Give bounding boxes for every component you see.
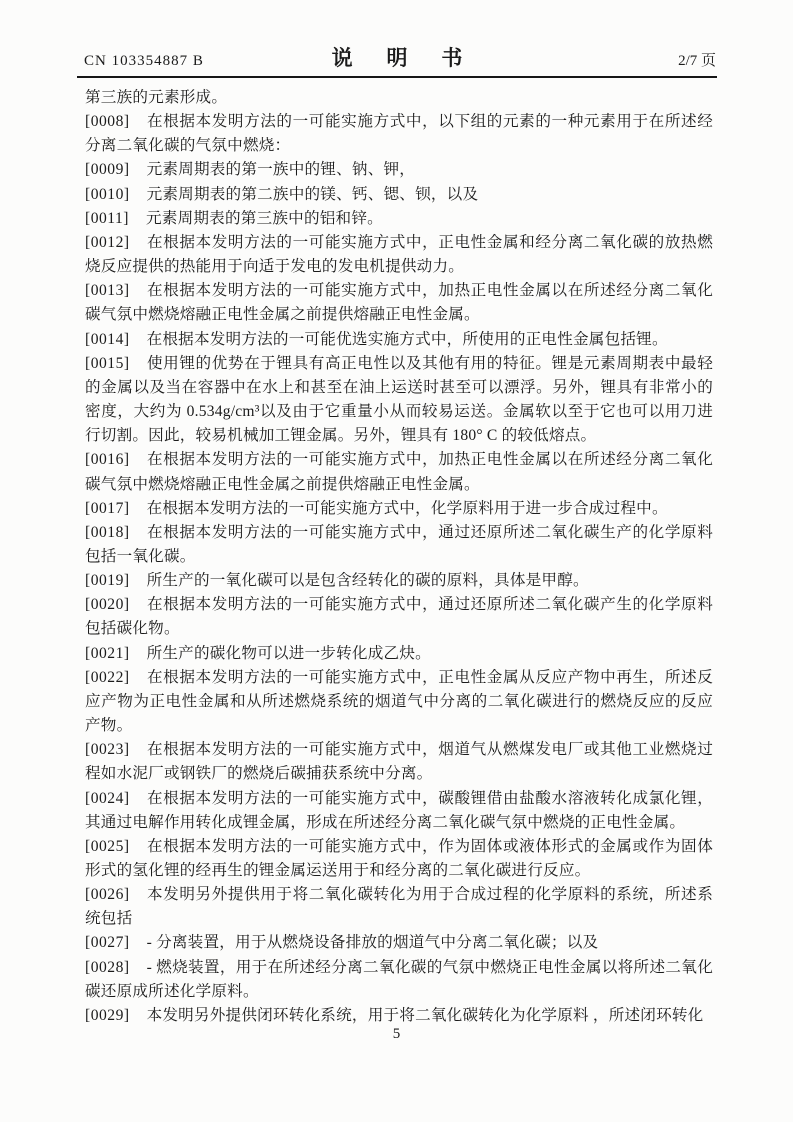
paragraph: [0013]在根据本发明方法的一可能实施方式中，加热正电性金属以在所述经分离二氧… — [85, 279, 713, 327]
paragraph-text: 元素周期表的第一族中的锂、钠、钾， — [147, 161, 416, 178]
paragraph: [0008]在根据本发明方法的一可能实施方式中，以下组的元素的一种元素用于在所述… — [85, 110, 713, 158]
paragraph-number: [0018] — [85, 521, 130, 545]
page-header: CN 103354887 B 说 明 书 2/7 页 — [78, 46, 716, 72]
continued-text-line: 第三族的元素形成。 — [85, 86, 713, 110]
paragraph-number: [0027] — [85, 931, 130, 955]
paragraph-text: 在根据本发明方法的一可能实施方式中，以下组的元素的一种元素用于在所述经分离二氧化… — [85, 113, 713, 154]
paragraph: [0020]在根据本发明方法的一可能实施方式中，通过还原所述二氧化碳产生的化学原… — [85, 593, 713, 641]
paragraph: [0017]在根据本发明方法的一可能实施方式中，化学原料用于进一步合成过程中。 — [85, 497, 713, 521]
paragraph: [0021]所生产的碳化物可以进一步转化成乙炔。 — [85, 642, 713, 666]
paragraph-number: [0028] — [85, 956, 130, 980]
paragraph-text: 在根据本发明方法的一可能实施方式中，烟道气从燃煤发电厂或其他工业燃烧过程如水泥厂… — [85, 741, 713, 782]
paragraph-number: [0020] — [85, 593, 130, 617]
paragraph-number: [0015] — [85, 352, 130, 376]
paragraph-number: [0021] — [85, 642, 130, 666]
paragraph-text: 元素周期表的第二族中的镁、钙、锶、钡，以及 — [147, 186, 479, 203]
paragraph-text: 在根据本发明方法的一可能实施方式中，作为固体或液体形式的金属或作为固体形式的氢化… — [85, 838, 713, 879]
header-divider — [77, 76, 717, 78]
paragraph-text: 在根据本发明方法的一可能实施方式中，加热正电性金属以在所述经分离二氧化碳气氛中燃… — [85, 451, 713, 492]
paragraph: [0011]元素周期表的第三族中的铝和锌。 — [85, 207, 713, 231]
patent-document-page: CN 103354887 B 说 明 书 2/7 页 第三族的元素形成。 [00… — [0, 0, 793, 1122]
document-body: 第三族的元素形成。 [0008]在根据本发明方法的一可能实施方式中，以下组的元素… — [85, 86, 713, 1028]
paragraph-number: [0022] — [85, 666, 130, 690]
paragraph: [0018]在根据本发明方法的一可能实施方式中，通过还原所述二氧化碳生产的化学原… — [85, 521, 713, 569]
paragraph-number: [0011] — [85, 207, 129, 231]
paragraph-number: [0016] — [85, 448, 130, 472]
page-indicator: 2/7 页 — [678, 49, 716, 70]
paragraph-text: 在根据本发明方法的一可能实施方式中，加热正电性金属以在所述经分离二氧化碳气氛中燃… — [85, 282, 713, 323]
patent-number: CN 103354887 B — [84, 53, 204, 70]
paragraph-text: 在根据本发明方法的一可能实施方式中，化学原料用于进一步合成过程中。 — [147, 500, 668, 517]
paragraph: [0009]元素周期表的第一族中的锂、钠、钾， — [85, 158, 713, 182]
paragraph: [0027]- 分离装置，用于从燃烧设备排放的烟道气中分离二氧化碳；以及 — [85, 931, 713, 955]
paragraph-text: 在根据本发明方法的一可能实施方式中，通过还原所述二氧化碳产生的化学原料包括碳化物… — [85, 596, 713, 637]
paragraph: [0016]在根据本发明方法的一可能实施方式中，加热正电性金属以在所述经分离二氧… — [85, 448, 713, 496]
paragraph-number: [0025] — [85, 835, 130, 859]
paragraph-number: [0012] — [85, 231, 130, 255]
paragraph: [0025]在根据本发明方法的一可能实施方式中，作为固体或液体形式的金属或作为固… — [85, 835, 713, 883]
paragraph-text: 所生产的一氧化碳可以是包含经转化的碳的原料，具体是甲醇。 — [147, 572, 589, 589]
paragraph-number: [0014] — [85, 328, 130, 352]
paragraph: [0019]所生产的一氧化碳可以是包含经转化的碳的原料，具体是甲醇。 — [85, 569, 713, 593]
paragraph-number: [0019] — [85, 569, 130, 593]
paragraph: [0024]在根据本发明方法的一可能实施方式中，碳酸锂借由盐酸水溶液转化成氯化锂… — [85, 787, 713, 835]
paragraph-number: [0026] — [85, 883, 130, 907]
paragraph-text: 在根据本发明方法的一可能优选实施方式中，所使用的正电性金属包括锂。 — [147, 331, 668, 348]
paragraph: [0014]在根据本发明方法的一可能优选实施方式中，所使用的正电性金属包括锂。 — [85, 328, 713, 352]
paragraph-text: - 分离装置，用于从燃烧设备排放的烟道气中分离二氧化碳；以及 — [147, 934, 599, 951]
paragraph: [0022]在根据本发明方法的一可能实施方式中，正电性金属从反应产物中再生，所述… — [85, 666, 713, 738]
paragraph-number: [0013] — [85, 279, 130, 303]
page-number: 5 — [393, 1026, 401, 1042]
paragraph-text: 在根据本发明方法的一可能实施方式中，通过还原所述二氧化碳生产的化学原料包括一氧化… — [85, 524, 713, 565]
paragraph-number: [0008] — [85, 110, 130, 134]
paragraph-number: [0010] — [85, 183, 130, 207]
paragraph: [0026]本发明另外提供用于将二氧化碳转化为用于合成过程的化学原料的系统，所述… — [85, 883, 713, 931]
paragraph-text: 在根据本发明方法的一可能实施方式中，正电性金属从反应产物中再生，所述反应产物为正… — [85, 669, 713, 734]
paragraph-text: 本发明另外提供闭环转化系统，用于将二氧化碳转化为化学原料 ，所述闭环转化 — [147, 1007, 704, 1024]
paragraph-text: 在根据本发明方法的一可能实施方式中，碳酸锂借由盐酸水溶液转化成氯化锂，其通过电解… — [85, 790, 713, 831]
paragraph-text: 本发明另外提供用于将二氧化碳转化为用于合成过程的化学原料的系统，所述系统包括 — [85, 886, 713, 927]
paragraph-text: - 燃烧装置，用于在所述经分离二氧化碳的气氛中燃烧正电性金属以将所述二氧化碳还原… — [85, 959, 713, 1000]
paragraph: [0012]在根据本发明方法的一可能实施方式中，正电性金属和经分离二氧化碳的放热… — [85, 231, 713, 279]
paragraph: [0028]- 燃烧装置，用于在所述经分离二氧化碳的气氛中燃烧正电性金属以将所述… — [85, 956, 713, 1004]
paragraph: [0015]使用锂的优势在于锂具有高正电性以及其他有用的特征。锂是元素周期表中最… — [85, 352, 713, 449]
paragraph-number: [0023] — [85, 738, 130, 762]
page-footer: 5 — [0, 1025, 793, 1043]
paragraph-text: 元素周期表的第三族中的铝和锌。 — [146, 210, 383, 227]
paragraph-text: 使用锂的优势在于锂具有高正电性以及其他有用的特征。锂是元素周期表中最轻的金属以及… — [85, 355, 713, 444]
paragraph-text: 所生产的碳化物可以进一步转化成乙炔。 — [147, 645, 431, 662]
paragraph-number: [0017] — [85, 497, 130, 521]
paragraph-list: [0008]在根据本发明方法的一可能实施方式中，以下组的元素的一种元素用于在所述… — [85, 110, 713, 1028]
paragraph-number: [0024] — [85, 787, 130, 811]
paragraph-number: [0009] — [85, 158, 130, 182]
paragraph: [0023]在根据本发明方法的一可能实施方式中，烟道气从燃煤发电厂或其他工业燃烧… — [85, 738, 713, 786]
document-title: 说 明 书 — [318, 42, 477, 72]
paragraph-text: 在根据本发明方法的一可能实施方式中，正电性金属和经分离二氧化碳的放热燃烧反应提供… — [85, 234, 713, 275]
paragraph: [0010]元素周期表的第二族中的镁、钙、锶、钡，以及 — [85, 183, 713, 207]
